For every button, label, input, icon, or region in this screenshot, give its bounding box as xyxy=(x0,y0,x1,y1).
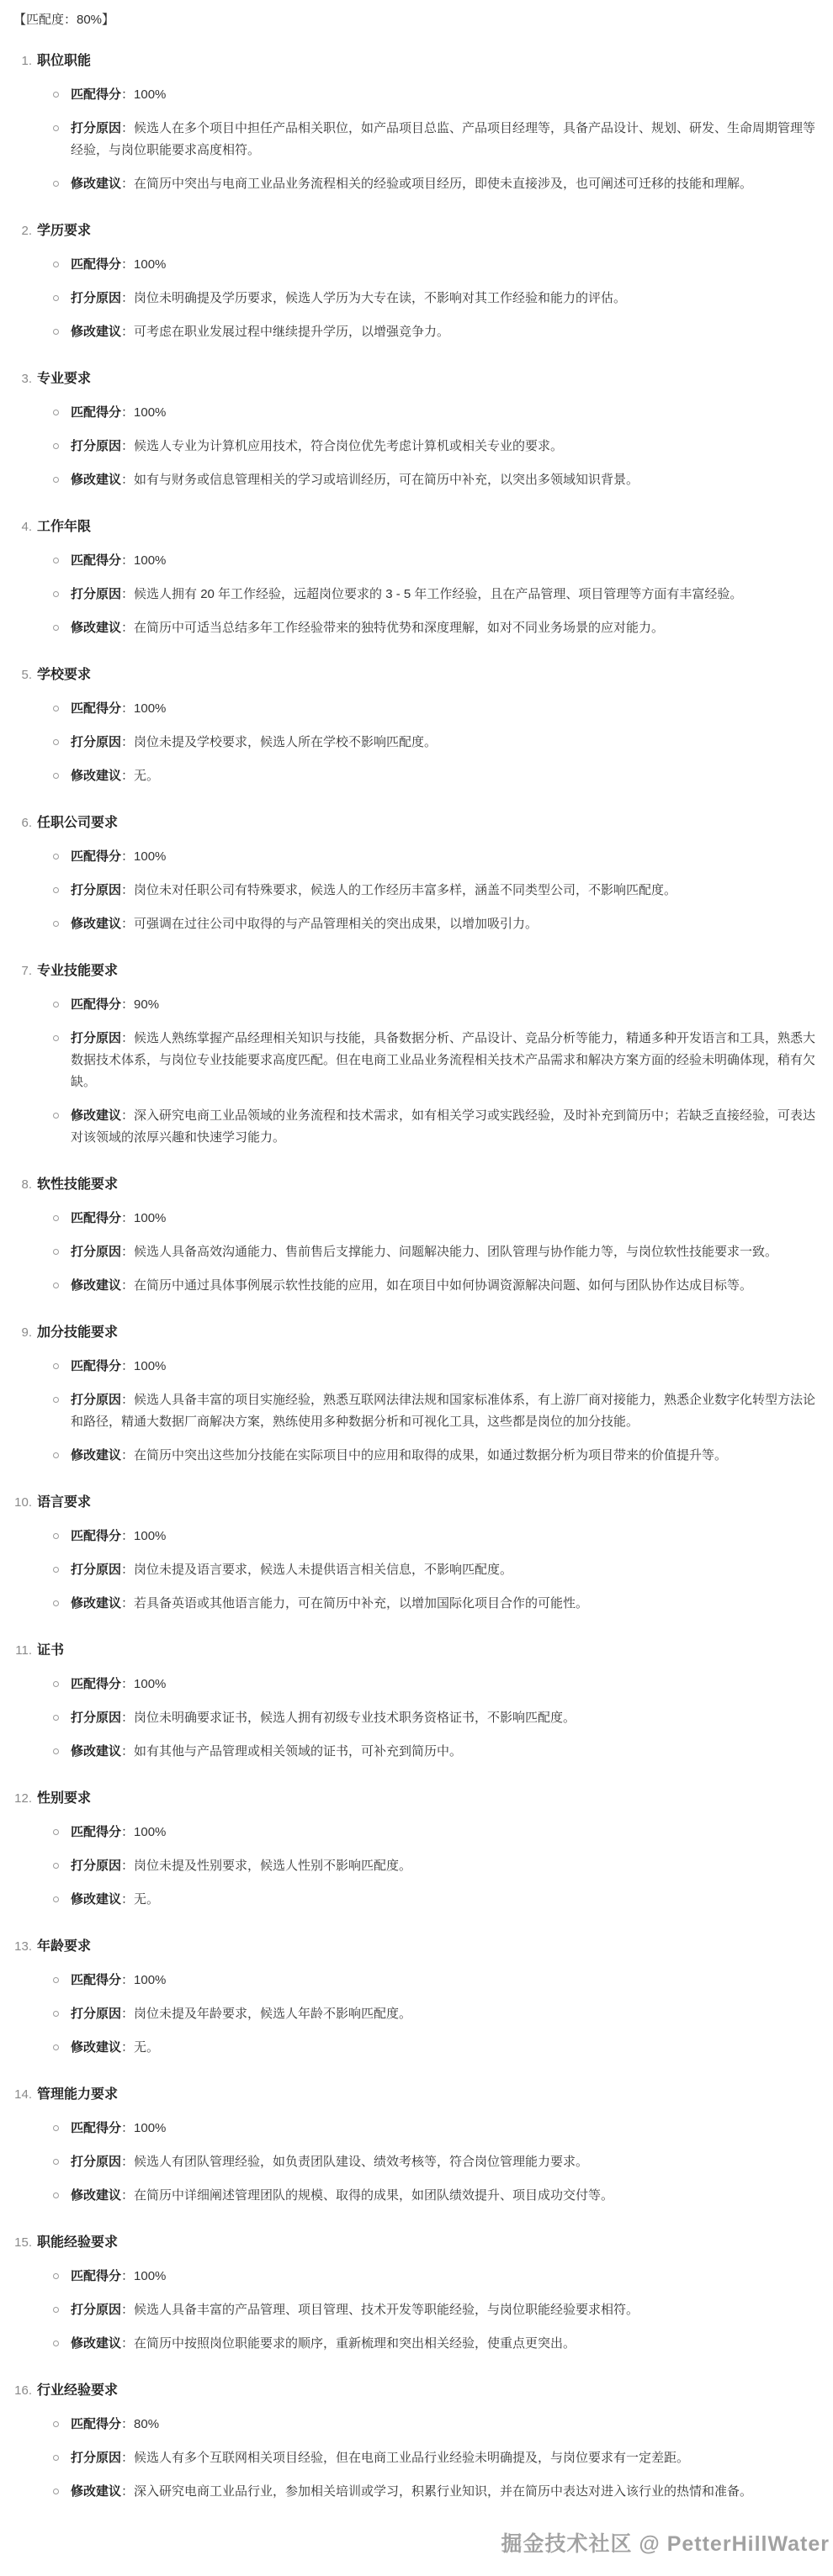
criterion-row: 修改建议：深入研究电商工业品领域的业务流程和技术需求，如有相关学习或实践经验，及… xyxy=(37,1105,821,1149)
circle-bullet-icon xyxy=(53,410,59,415)
section-content: 软性技能要求 匹配得分：100% 打分原因：候选人具备高效沟通能力、售前售后支撑… xyxy=(37,1174,821,1309)
section-item: 11. 证书 匹配得分：100% 打分原因：岗位未明确要求证书，候选人拥有初级专… xyxy=(13,1640,821,1775)
criterion-colon: ： xyxy=(121,1825,134,1839)
criterion-row: 修改建议：可考虑在职业发展过程中继续提升学历，以增强竞争力。 xyxy=(37,321,821,343)
criterion-text: 修改建议：可强调在过往公司中取得的与产品管理相关的突出成果，以增加吸引力。 xyxy=(71,913,821,935)
criterion-text: 打分原因：候选人有团队管理经验，如负责团队建设、绩效考核等，符合岗位管理能力要求… xyxy=(71,2151,821,2173)
criterion-label: 修改建议 xyxy=(71,2040,121,2055)
criterion-text: 修改建议：在简历中可适当总结多年工作经验带来的独特优势和深度理解，如对不同业务场… xyxy=(71,617,821,639)
criterion-row: 匹配得分：100% xyxy=(37,402,821,424)
section-number: 10. xyxy=(13,1492,32,1514)
criterion-text: 修改建议：在简历中按照岗位职能要求的顺序，重新梳理和突出相关经验，使重点更突出。 xyxy=(71,2333,821,2355)
criterion-colon: ： xyxy=(121,1563,134,1577)
criterion-text: 修改建议：如有与财务或信息管理相关的学习或培训经历，可在简历中补充，以突出多领域… xyxy=(71,469,821,491)
circle-bullet-icon xyxy=(53,1715,59,1721)
criterion-row: 匹配得分：100% xyxy=(37,2266,821,2288)
circle-bullet-icon xyxy=(53,125,59,131)
section-content: 性别要求 匹配得分：100% 打分原因：岗位未提及性别要求，候选人性别不影响匹配… xyxy=(37,1788,821,1923)
section-title: 工作年限 xyxy=(37,516,821,538)
circle-bullet-icon xyxy=(53,2044,59,2050)
criterion-label: 匹配得分 xyxy=(71,849,121,864)
criterion-value: 100% xyxy=(134,2121,166,2135)
criterion-label: 修改建议 xyxy=(71,325,121,339)
criterion-text: 匹配得分：100% xyxy=(71,1526,821,1547)
criterion-label: 匹配得分 xyxy=(71,1677,121,1691)
criterion-colon: ： xyxy=(121,1278,134,1293)
section-title: 专业技能要求 xyxy=(37,960,821,982)
circle-bullet-icon xyxy=(53,1363,59,1369)
criterion-colon: ： xyxy=(121,849,134,864)
circle-bullet-icon xyxy=(53,1452,59,1458)
section-item: 5. 学校要求 匹配得分：100% 打分原因：岗位未提及学校要求，候选人所在学校… xyxy=(13,664,821,799)
criteria-list: 匹配得分：100% 打分原因：候选人具备高效沟通能力、售前售后支撑能力、问题解决… xyxy=(37,1208,821,1297)
section-item: 12. 性别要求 匹配得分：100% 打分原因：岗位未提及性别要求，候选人性别不… xyxy=(13,1788,821,1923)
criterion-text: 匹配得分：100% xyxy=(71,846,821,868)
criterion-row: 修改建议：在简历中详细阐述管理团队的规模、取得的成果，如团队绩效提升、项目成功交… xyxy=(37,2185,821,2207)
criterion-value: 在简历中可适当总结多年工作经验带来的独特优势和深度理解，如对不同业务场景的应对能… xyxy=(134,621,664,635)
criterion-row: 匹配得分：100% xyxy=(37,550,821,572)
criterion-text: 打分原因：岗位未提及语言要求，候选人未提供语言相关信息，不影响匹配度。 xyxy=(71,1559,821,1581)
criterion-label: 匹配得分 xyxy=(71,1825,121,1839)
section-number: 8. xyxy=(13,1174,32,1196)
criterion-label: 匹配得分 xyxy=(71,2121,121,2135)
criterion-label: 打分原因 xyxy=(71,2303,121,2317)
criterion-text: 修改建议：深入研究电商工业品行业，参加相关培训或学习，积累行业知识，并在简历中表… xyxy=(71,2481,821,2503)
criterion-value: 90% xyxy=(134,997,159,1012)
criterion-label: 打分原因 xyxy=(71,587,121,601)
section-title: 学历要求 xyxy=(37,220,821,242)
criterion-row: 打分原因：岗位未明确要求证书，候选人拥有初级专业技术职务资格证书，不影响匹配度。 xyxy=(37,1707,821,1729)
criterion-value: 100% xyxy=(134,849,166,864)
circle-bullet-icon xyxy=(53,1035,59,1041)
watermark-text: 掘金技术社区 @ PetterHillWater xyxy=(501,2527,830,2557)
match-rate-header: 【匹配度：80%】 xyxy=(13,10,821,30)
criterion-colon: ： xyxy=(121,621,134,635)
circle-bullet-icon xyxy=(53,921,59,927)
criterion-text: 匹配得分：100% xyxy=(71,1674,821,1695)
criterion-row: 修改建议：若具备英语或其他语言能力，可在简历中补充，以增加国际化项目合作的可能性… xyxy=(37,1593,821,1615)
criteria-list: 匹配得分：100% 打分原因：候选人具备丰富的项目实施经验，熟悉互联网法律法规和… xyxy=(37,1356,821,1467)
section-number: 9. xyxy=(13,1322,32,1344)
criterion-colon: ： xyxy=(121,997,134,1012)
circle-bullet-icon xyxy=(53,477,59,483)
criterion-label: 打分原因 xyxy=(71,1859,121,1873)
section-item: 14. 管理能力要求 匹配得分：100% 打分原因：候选人有团队管理经验，如负责… xyxy=(13,2084,821,2219)
criterion-label: 打分原因 xyxy=(71,2007,121,2021)
criterion-row: 匹配得分：100% xyxy=(37,698,821,720)
criterion-label: 匹配得分 xyxy=(71,1973,121,1987)
criterion-value: 可强调在过往公司中取得的与产品管理相关的突出成果，以增加吸引力。 xyxy=(134,917,538,931)
criterion-colon: ： xyxy=(121,2121,134,2135)
section-content: 专业要求 匹配得分：100% 打分原因：候选人专业为计算机应用技术，符合岗位优先… xyxy=(37,368,821,503)
criterion-label: 修改建议 xyxy=(71,1448,121,1463)
circle-bullet-icon xyxy=(53,2011,59,2017)
criterion-colon: ： xyxy=(121,439,134,453)
criterion-value: 100% xyxy=(134,1211,166,1225)
criterion-text: 打分原因：岗位未提及年龄要求，候选人年龄不影响匹配度。 xyxy=(71,2003,821,2025)
criterion-text: 匹配得分：100% xyxy=(71,2118,821,2140)
section-title: 软性技能要求 xyxy=(37,1174,821,1196)
criterion-colon: ： xyxy=(121,2269,134,2283)
section-item: 9. 加分技能要求 匹配得分：100% 打分原因：候选人具备丰富的项目实施经验，… xyxy=(13,1322,821,1478)
section-item: 2. 学历要求 匹配得分：100% 打分原因：岗位未明确提及学历要求，候选人学历… xyxy=(13,220,821,355)
criteria-list: 匹配得分：100% 打分原因：岗位未明确要求证书，候选人拥有初级专业技术职务资格… xyxy=(37,1674,821,1763)
criterion-label: 修改建议 xyxy=(71,769,121,783)
section-title: 语言要求 xyxy=(37,1492,821,1514)
criteria-list: 匹配得分：100% 打分原因：岗位未提及学校要求，候选人所在学校不影响匹配度。 … xyxy=(37,698,821,787)
criterion-text: 打分原因：岗位未提及学校要求，候选人所在学校不影响匹配度。 xyxy=(71,732,821,754)
circle-bullet-icon xyxy=(53,92,59,98)
circle-bullet-icon xyxy=(53,443,59,449)
circle-bullet-icon xyxy=(53,329,59,335)
circle-bullet-icon xyxy=(53,558,59,563)
criterion-row: 修改建议：可强调在过往公司中取得的与产品管理相关的突出成果，以增加吸引力。 xyxy=(37,913,821,935)
section-content: 年龄要求 匹配得分：100% 打分原因：岗位未提及年龄要求，候选人年龄不影响匹配… xyxy=(37,1936,821,2071)
criterion-value: 候选人在多个项目中担任产品相关职位，如产品项目总监、产品项目经理等，具备产品设计… xyxy=(71,121,815,157)
criterion-text: 打分原因：候选人具备高效沟通能力、售前售后支撑能力、问题解决能力、团队管理与协作… xyxy=(71,1241,821,1263)
section-title: 学校要求 xyxy=(37,664,821,686)
criterion-row: 修改建议：在简历中突出与电商工业品业务流程相关的经验或项目经历，即使未直接涉及，… xyxy=(37,173,821,195)
criterion-value: 候选人熟练掌握产品经理相关知识与技能，具备数据分析、产品设计、竞品分析等能力，精… xyxy=(71,1031,815,1089)
criterion-value: 岗位未提及语言要求，候选人未提供语言相关信息，不影响匹配度。 xyxy=(134,1563,512,1577)
criteria-list: 匹配得分：90% 打分原因：候选人熟练掌握产品经理相关知识与技能，具备数据分析、… xyxy=(37,994,821,1149)
criterion-label: 打分原因 xyxy=(71,1711,121,1725)
criterion-label: 修改建议 xyxy=(71,2484,121,2499)
criterion-colon: ： xyxy=(121,1245,134,1259)
circle-bullet-icon xyxy=(53,2125,59,2131)
section-content: 工作年限 匹配得分：100% 打分原因：候选人拥有 20 年工作经验，远超岗位要… xyxy=(37,516,821,651)
criterion-text: 匹配得分：100% xyxy=(71,1970,821,1992)
criterion-value: 80% xyxy=(134,2417,159,2431)
criterion-label: 修改建议 xyxy=(71,177,121,191)
section-item: 7. 专业技能要求 匹配得分：90% 打分原因：候选人熟练掌握产品经理相关知识与… xyxy=(13,960,821,1161)
criterion-value: 深入研究电商工业品行业，参加相关培训或学习，积累行业知识，并在简历中表达对进入该… xyxy=(134,2484,752,2499)
criterion-value: 无。 xyxy=(134,2040,159,2055)
criterion-colon: ： xyxy=(121,587,134,601)
criterion-colon: ： xyxy=(121,1108,134,1123)
criterion-text: 打分原因：岗位未明确要求证书，候选人拥有初级专业技术职务资格证书，不影响匹配度。 xyxy=(71,1707,821,1729)
criterion-row: 匹配得分：100% xyxy=(37,254,821,276)
circle-bullet-icon xyxy=(53,1397,59,1403)
criterion-label: 匹配得分 xyxy=(71,1529,121,1543)
criterion-label: 修改建议 xyxy=(71,1892,121,1907)
section-content: 管理能力要求 匹配得分：100% 打分原因：候选人有团队管理经验，如负责团队建设… xyxy=(37,2084,821,2219)
circle-bullet-icon xyxy=(53,1215,59,1221)
section-number: 11. xyxy=(13,1640,32,1662)
section-item: 4. 工作年限 匹配得分：100% 打分原因：候选人拥有 20 年工作经验，远超… xyxy=(13,516,821,651)
section-number: 5. xyxy=(13,664,32,686)
criterion-value: 候选人有多个互联网相关项目经验，但在电商工业品行业经验未明确提及，与岗位要求有一… xyxy=(134,2451,689,2465)
criterion-row: 匹配得分：100% xyxy=(37,1970,821,1992)
criteria-list: 匹配得分：100% 打分原因：岗位未明确提及学历要求，候选人学历为大专在读，不影… xyxy=(37,254,821,343)
section-item: 15. 职能经验要求 匹配得分：100% 打分原因：候选人具备丰富的产品管理、项… xyxy=(13,2232,821,2367)
criteria-list: 匹配得分：100% 打分原因：候选人具备丰富的产品管理、项目管理、技术开发等职能… xyxy=(37,2266,821,2355)
criterion-value: 如有与财务或信息管理相关的学习或培训经历，可在简历中补充，以突出多领域知识背景。 xyxy=(134,473,639,487)
criterion-label: 匹配得分 xyxy=(71,1359,121,1373)
criterion-value: 无。 xyxy=(134,1892,159,1907)
criterion-row: 修改建议：在简历中按照岗位职能要求的顺序，重新梳理和突出相关经验，使重点更突出。 xyxy=(37,2333,821,2355)
section-title: 年龄要求 xyxy=(37,1936,821,1958)
section-number: 1. xyxy=(13,50,32,72)
criterion-row: 匹配得分：100% xyxy=(37,84,821,106)
circle-bullet-icon xyxy=(53,262,59,267)
criterion-row: 打分原因：岗位未对任职公司有特殊要求，候选人的工作经历丰富多样，涵盖不同类型公司… xyxy=(37,880,821,902)
criterion-colon: ： xyxy=(121,291,134,305)
criterion-value: 100% xyxy=(134,1677,166,1691)
criterion-label: 匹配得分 xyxy=(71,257,121,272)
criterion-colon: ： xyxy=(121,917,134,931)
criterion-text: 打分原因：岗位未明确提及学历要求，候选人学历为大专在读，不影响对其工作经验和能力… xyxy=(71,288,821,309)
circle-bullet-icon xyxy=(53,706,59,711)
circle-bullet-icon xyxy=(53,1748,59,1754)
criterion-value: 在简历中通过具体事例展示软性技能的应用，如在项目中如何协调资源解决问题、如何与团… xyxy=(134,1278,752,1293)
section-number: 14. xyxy=(13,2084,32,2106)
criterion-colon: ： xyxy=(121,2155,134,2169)
criterion-colon: ： xyxy=(121,1359,134,1373)
circle-bullet-icon xyxy=(53,854,59,860)
criterion-label: 打分原因 xyxy=(71,439,121,453)
circle-bullet-icon xyxy=(53,1977,59,1983)
criterion-value: 候选人专业为计算机应用技术，符合岗位优先考虑计算机或相关专业的要求。 xyxy=(134,439,563,453)
criterion-text: 打分原因：候选人在多个项目中担任产品相关职位，如产品项目总监、产品项目经理等，具… xyxy=(71,118,821,161)
criterion-colon: ： xyxy=(121,87,134,102)
circle-bullet-icon xyxy=(53,181,59,187)
criterion-value: 岗位未明确提及学历要求，候选人学历为大专在读，不影响对其工作经验和能力的评估。 xyxy=(134,291,626,305)
section-number: 6. xyxy=(13,812,32,834)
criterion-row: 匹配得分：100% xyxy=(37,1356,821,1378)
circle-bullet-icon xyxy=(53,1533,59,1539)
criterion-row: 打分原因：候选人具备丰富的项目实施经验，熟悉互联网法律法规和国家标准体系，有上游… xyxy=(37,1389,821,1433)
criterion-text: 修改建议：如有其他与产品管理或相关领域的证书，可补充到简历中。 xyxy=(71,1741,821,1763)
criterion-label: 打分原因 xyxy=(71,1031,121,1045)
criterion-colon: ： xyxy=(121,2451,134,2465)
criterion-text: 修改建议：在简历中通过具体事例展示软性技能的应用，如在项目中如何协调资源解决问题… xyxy=(71,1275,821,1297)
criterion-row: 打分原因：候选人在多个项目中担任产品相关职位，如产品项目总监、产品项目经理等，具… xyxy=(37,118,821,161)
criterion-colon: ： xyxy=(121,2484,134,2499)
criteria-list: 匹配得分：100% 打分原因：岗位未提及性别要求，候选人性别不影响匹配度。 修改… xyxy=(37,1822,821,1911)
circle-bullet-icon xyxy=(53,1283,59,1288)
criterion-row: 匹配得分：100% xyxy=(37,1526,821,1547)
criterion-text: 修改建议：无。 xyxy=(71,765,821,787)
criterion-text: 匹配得分：100% xyxy=(71,1822,821,1843)
circle-bullet-icon xyxy=(53,295,59,301)
criterion-text: 打分原因：岗位未对任职公司有特殊要求，候选人的工作经历丰富多样，涵盖不同类型公司… xyxy=(71,880,821,902)
criteria-list: 匹配得分：100% 打分原因：候选人在多个项目中担任产品相关职位，如产品项目总监… xyxy=(37,84,821,195)
criteria-list: 匹配得分：100% 打分原因：候选人拥有 20 年工作经验，远超岗位要求的 3 … xyxy=(37,550,821,639)
criterion-value: 在简历中突出这些加分技能在实际项目中的应用和取得的成果，如通过数据分析为项目带来… xyxy=(134,1448,727,1463)
criterion-text: 修改建议：无。 xyxy=(71,2037,821,2059)
criterion-label: 匹配得分 xyxy=(71,1211,121,1225)
criterion-label: 修改建议 xyxy=(71,1596,121,1611)
circle-bullet-icon xyxy=(53,773,59,779)
circle-bullet-icon xyxy=(53,1829,59,1835)
circle-bullet-icon xyxy=(53,625,59,631)
criterion-row: 匹配得分：100% xyxy=(37,1822,821,1843)
criterion-colon: ： xyxy=(121,1529,134,1543)
criterion-colon: ： xyxy=(121,2188,134,2203)
criterion-colon: ： xyxy=(121,883,134,897)
criterion-row: 匹配得分：100% xyxy=(37,2118,821,2140)
criteria-list: 匹配得分：100% 打分原因：候选人有团队管理经验，如负责团队建设、绩效考核等，… xyxy=(37,2118,821,2207)
circle-bullet-icon xyxy=(53,2341,59,2346)
section-item: 13. 年龄要求 匹配得分：100% 打分原因：岗位未提及年龄要求，候选人年龄不… xyxy=(13,1936,821,2071)
circle-bullet-icon xyxy=(53,1113,59,1119)
criterion-value: 100% xyxy=(134,2269,166,2283)
sections-list: 1. 职位职能 匹配得分：100% 打分原因：候选人在多个项目中担任产品相关职位… xyxy=(13,50,821,2515)
criterion-label: 打分原因 xyxy=(71,883,121,897)
criterion-value: 100% xyxy=(134,701,166,716)
criterion-text: 匹配得分：100% xyxy=(71,254,821,276)
criterion-text: 匹配得分：100% xyxy=(71,550,821,572)
criterion-text: 修改建议：在简历中突出这些加分技能在实际项目中的应用和取得的成果，如通过数据分析… xyxy=(71,1445,821,1467)
circle-bullet-icon xyxy=(53,1896,59,1902)
criterion-text: 打分原因：候选人熟练掌握产品经理相关知识与技能，具备数据分析、产品设计、竞品分析… xyxy=(71,1028,821,1093)
section-number: 16. xyxy=(13,2380,32,2402)
criterion-text: 修改建议：在简历中详细阐述管理团队的规模、取得的成果，如团队绩效提升、项目成功交… xyxy=(71,2185,821,2207)
criterion-row: 打分原因：候选人有团队管理经验，如负责团队建设、绩效考核等，符合岗位管理能力要求… xyxy=(37,2151,821,2173)
criterion-label: 修改建议 xyxy=(71,621,121,635)
section-content: 证书 匹配得分：100% 打分原因：岗位未明确要求证书，候选人拥有初级专业技术职… xyxy=(37,1640,821,1775)
section-title: 职位职能 xyxy=(37,50,821,72)
criterion-label: 匹配得分 xyxy=(71,997,121,1012)
criterion-text: 匹配得分：80% xyxy=(71,2414,821,2436)
circle-bullet-icon xyxy=(53,1600,59,1606)
criterion-value: 候选人拥有 20 年工作经验，远超岗位要求的 3 - 5 年工作经验，且在产品管… xyxy=(134,587,742,601)
criterion-text: 打分原因：岗位未提及性别要求，候选人性别不影响匹配度。 xyxy=(71,1855,821,1877)
criterion-label: 匹配得分 xyxy=(71,2269,121,2283)
section-number: 12. xyxy=(13,1788,32,1810)
criterion-colon: ： xyxy=(121,1859,134,1873)
criterion-label: 修改建议 xyxy=(71,2336,121,2351)
criterion-colon: ： xyxy=(121,735,134,749)
criterion-value: 100% xyxy=(134,1973,166,1987)
criterion-row: 打分原因：候选人拥有 20 年工作经验，远超岗位要求的 3 - 5 年工作经验，… xyxy=(37,584,821,606)
criterion-label: 匹配得分 xyxy=(71,553,121,568)
criterion-row: 打分原因：岗位未提及语言要求，候选人未提供语言相关信息，不影响匹配度。 xyxy=(37,1559,821,1581)
criterion-label: 修改建议 xyxy=(71,917,121,931)
criterion-text: 匹配得分：100% xyxy=(71,1208,821,1230)
criterion-row: 匹配得分：100% xyxy=(37,846,821,868)
circle-bullet-icon xyxy=(53,2273,59,2279)
circle-bullet-icon xyxy=(53,1681,59,1687)
criterion-colon: ： xyxy=(121,1596,134,1611)
criterion-colon: ： xyxy=(121,1677,134,1691)
criterion-value: 在简历中详细阐述管理团队的规模、取得的成果，如团队绩效提升、项目成功交付等。 xyxy=(134,2188,613,2203)
criterion-colon: ： xyxy=(121,1031,134,1045)
criterion-value: 候选人具备高效沟通能力、售前售后支撑能力、问题解决能力、团队管理与协作能力等，与… xyxy=(134,1245,777,1259)
criterion-text: 匹配得分：100% xyxy=(71,698,821,720)
circle-bullet-icon xyxy=(53,1567,59,1573)
section-item: 3. 专业要求 匹配得分：100% 打分原因：候选人专业为计算机应用技术，符合岗… xyxy=(13,368,821,503)
criterion-text: 匹配得分：100% xyxy=(71,402,821,424)
criterion-value: 岗位未提及学校要求，候选人所在学校不影响匹配度。 xyxy=(134,735,437,749)
criterion-row: 匹配得分：80% xyxy=(37,2414,821,2436)
section-title: 职能经验要求 xyxy=(37,2232,821,2254)
criterion-colon: ： xyxy=(121,1211,134,1225)
criterion-label: 打分原因 xyxy=(71,735,121,749)
criterion-label: 修改建议 xyxy=(71,1744,121,1759)
section-number: 13. xyxy=(13,1936,32,1958)
criterion-value: 100% xyxy=(134,1825,166,1839)
criterion-colon: ： xyxy=(121,257,134,272)
criteria-list: 匹配得分：100% 打分原因：岗位未提及语言要求，候选人未提供语言相关信息，不影… xyxy=(37,1526,821,1615)
circle-bullet-icon xyxy=(53,1863,59,1869)
section-item: 10. 语言要求 匹配得分：100% 打分原因：岗位未提及语言要求，候选人未提供… xyxy=(13,1492,821,1627)
criterion-label: 打分原因 xyxy=(71,1563,121,1577)
criterion-text: 修改建议：若具备英语或其他语言能力，可在简历中补充，以增加国际化项目合作的可能性… xyxy=(71,1593,821,1615)
criteria-list: 匹配得分：100% 打分原因：候选人专业为计算机应用技术，符合岗位优先考虑计算机… xyxy=(37,402,821,491)
criterion-value: 100% xyxy=(134,1359,166,1373)
criterion-row: 匹配得分：100% xyxy=(37,1208,821,1230)
section-title: 行业经验要求 xyxy=(37,2380,821,2402)
criterion-value: 若具备英语或其他语言能力，可在简历中补充，以增加国际化项目合作的可能性。 xyxy=(134,1596,588,1611)
criterion-text: 打分原因：候选人具备丰富的产品管理、项目管理、技术开发等职能经验，与岗位职能经验… xyxy=(71,2299,821,2321)
criterion-row: 修改建议：如有其他与产品管理或相关领域的证书，可补充到简历中。 xyxy=(37,1741,821,1763)
criterion-label: 打分原因 xyxy=(71,1245,121,1259)
section-item: 16. 行业经验要求 匹配得分：80% 打分原因：候选人有多个互联网相关项目经验… xyxy=(13,2380,821,2515)
criterion-text: 匹配得分：100% xyxy=(71,1356,821,1378)
criterion-value: 岗位未提及性别要求，候选人性别不影响匹配度。 xyxy=(134,1859,411,1873)
criterion-label: 打分原因 xyxy=(71,2451,121,2465)
criterion-row: 打分原因：候选人具备高效沟通能力、售前售后支撑能力、问题解决能力、团队管理与协作… xyxy=(37,1241,821,1263)
criterion-text: 打分原因：候选人拥有 20 年工作经验，远超岗位要求的 3 - 5 年工作经验，… xyxy=(71,584,821,606)
section-content: 任职公司要求 匹配得分：100% 打分原因：岗位未对任职公司有特殊要求，候选人的… xyxy=(37,812,821,947)
criteria-list: 匹配得分：80% 打分原因：候选人有多个互联网相关项目经验，但在电商工业品行业经… xyxy=(37,2414,821,2503)
criterion-value: 100% xyxy=(134,553,166,568)
criterion-colon: ： xyxy=(121,1973,134,1987)
section-number: 2. xyxy=(13,220,32,242)
criterion-text: 打分原因：候选人有多个互联网相关项目经验，但在电商工业品行业经验未明确提及，与岗… xyxy=(71,2447,821,2469)
criterion-value: 100% xyxy=(134,87,166,102)
criterion-colon: ： xyxy=(121,1744,134,1759)
criterion-label: 打分原因 xyxy=(71,121,121,135)
criterion-row: 打分原因：岗位未提及性别要求，候选人性别不影响匹配度。 xyxy=(37,1855,821,1877)
circle-bullet-icon xyxy=(53,2159,59,2165)
circle-bullet-icon xyxy=(53,1249,59,1255)
criterion-value: 100% xyxy=(134,257,166,272)
criterion-value: 候选人有团队管理经验，如负责团队建设、绩效考核等，符合岗位管理能力要求。 xyxy=(134,2155,588,2169)
criterion-row: 修改建议：无。 xyxy=(37,1889,821,1911)
criterion-colon: ： xyxy=(121,2417,134,2431)
criterion-row: 修改建议：无。 xyxy=(37,765,821,787)
section-title: 性别要求 xyxy=(37,1788,821,1810)
criterion-colon: ： xyxy=(121,2303,134,2317)
criterion-row: 打分原因：候选人熟练掌握产品经理相关知识与技能，具备数据分析、产品设计、竞品分析… xyxy=(37,1028,821,1093)
section-item: 6. 任职公司要求 匹配得分：100% 打分原因：岗位未对任职公司有特殊要求，候… xyxy=(13,812,821,947)
criterion-colon: ： xyxy=(121,1393,134,1407)
section-content: 行业经验要求 匹配得分：80% 打分原因：候选人有多个互联网相关项目经验，但在电… xyxy=(37,2380,821,2515)
circle-bullet-icon xyxy=(53,591,59,597)
criterion-value: 可考虑在职业发展过程中继续提升学历，以增强竞争力。 xyxy=(134,325,449,339)
criterion-row: 打分原因：候选人有多个互联网相关项目经验，但在电商工业品行业经验未明确提及，与岗… xyxy=(37,2447,821,2469)
criterion-row: 修改建议：在简历中可适当总结多年工作经验带来的独特优势和深度理解，如对不同业务场… xyxy=(37,617,821,639)
circle-bullet-icon xyxy=(53,1002,59,1008)
section-number: 4. xyxy=(13,516,32,538)
criterion-colon: ： xyxy=(121,769,134,783)
criterion-colon: ： xyxy=(121,1892,134,1907)
criterion-label: 修改建议 xyxy=(71,473,121,487)
criterion-colon: ： xyxy=(121,1711,134,1725)
criteria-list: 匹配得分：100% 打分原因：岗位未对任职公司有特殊要求，候选人的工作经历丰富多… xyxy=(37,846,821,935)
criterion-colon: ： xyxy=(121,2336,134,2351)
criterion-row: 修改建议：在简历中突出这些加分技能在实际项目中的应用和取得的成果，如通过数据分析… xyxy=(37,1445,821,1467)
criterion-value: 100% xyxy=(134,1529,166,1543)
criterion-label: 修改建议 xyxy=(71,1278,121,1293)
criterion-colon: ： xyxy=(121,1448,134,1463)
section-item: 8. 软性技能要求 匹配得分：100% 打分原因：候选人具备高效沟通能力、售前售… xyxy=(13,1174,821,1309)
criterion-colon: ： xyxy=(121,473,134,487)
criterion-row: 打分原因：候选人具备丰富的产品管理、项目管理、技术开发等职能经验，与岗位职能经验… xyxy=(37,2299,821,2321)
